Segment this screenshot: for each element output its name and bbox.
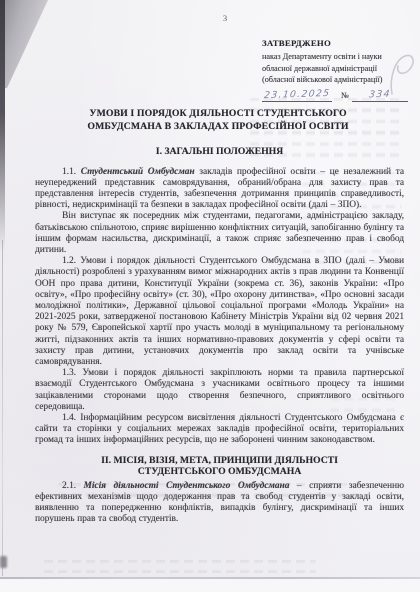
document-title: УМОВИ І ПОРЯДОК ДІЯЛЬНОСТІ СТУДЕНТСЬКОГО…: [28, 108, 408, 133]
paragraph-1-4: 1.4. Інформаційним ресурсом висвітлення …: [35, 413, 404, 447]
section-2-heading: ІІ. МІСІЯ, ВІЗІЯ, МЕТА, ПРИНЦИПИ ДІЯЛЬНО…: [35, 455, 404, 478]
approval-block: ЗАТВЕРДЖЕНО наказ Департаменту освіти і …: [262, 38, 408, 102]
page-left-edge-shadow: [0, 0, 5, 252]
document-body: І. ЗАГАЛЬНІ ПОЛОЖЕННЯ 1.1. Студентський …: [35, 146, 404, 525]
paragraph-1-1-lead: Студентський Омбудсман: [81, 167, 195, 177]
page-number: 3: [30, 13, 420, 23]
section-2-heading-line-2: СТУДЕНТСЬКОГО ОМБУДСМАНА: [35, 466, 404, 478]
paragraph-2-1: 2.1. Місія діяльності Студентського Омбу…: [35, 481, 404, 526]
approval-title: ЗАТВЕРДЖЕНО: [262, 38, 408, 50]
paragraph-1-1-continuation: Він виступає як посередник між студентам…: [35, 211, 404, 256]
bleedthrough-ghost: [44, 560, 316, 573]
paragraph-2-1-number: 2.1.: [62, 481, 84, 491]
approval-fill-row: 23.10.2025 № 334: [262, 89, 408, 102]
section-1-heading: І. ЗАГАЛЬНІ ПОЛОЖЕННЯ: [35, 146, 404, 158]
scanner-background-strip: [0, 579, 420, 592]
paragraph-1-1-number: 1.1.: [62, 167, 81, 177]
approval-date-underline: 23.10.2025: [262, 89, 332, 102]
approval-date-handwritten: 23.10.2025: [263, 88, 330, 102]
approval-line: наказ Департаменту освіти і науки: [262, 51, 408, 63]
section-2-heading-line-1: ІІ. МІСІЯ, ВІЗІЯ, МЕТА, ПРИНЦИПИ ДІЯЛЬНО…: [35, 455, 404, 467]
scanned-document-page: 3 ЗАТВЕРДЖЕНО наказ Департаменту освіти …: [0, 0, 420, 592]
scan-smudge: [0, 556, 7, 568]
document-title-line-1: УМОВИ І ПОРЯДОК ДІЯЛЬНОСТІ СТУДЕНТСЬКОГО: [28, 108, 408, 121]
paragraph-1-2: 1.2. Умови і порядок діяльності Студентс…: [35, 256, 404, 368]
paragraph-1-3: 1.3. Умови і порядок діяльності закріплю…: [35, 368, 404, 413]
page-left-edge-line: [2, 240, 3, 576]
approval-line: обласної державної адміністрації: [262, 63, 408, 75]
document-title-line-2: ОМБУДСМАНА В ЗАКЛАДАХ ПРОФЕСІЙНОЇ ОСВІТИ: [28, 121, 408, 134]
approval-number-handwritten: 334: [368, 89, 391, 102]
approval-number-underline: 334: [352, 89, 408, 102]
approval-number-label: №: [341, 90, 349, 102]
approval-line: (обласної військової адміністрації): [262, 74, 408, 86]
paragraph-1-1: 1.1. Студентський Омбудсман закладів про…: [35, 167, 404, 212]
paragraph-2-1-lead: Місія діяльності Студентського Омбудсман…: [84, 481, 290, 491]
